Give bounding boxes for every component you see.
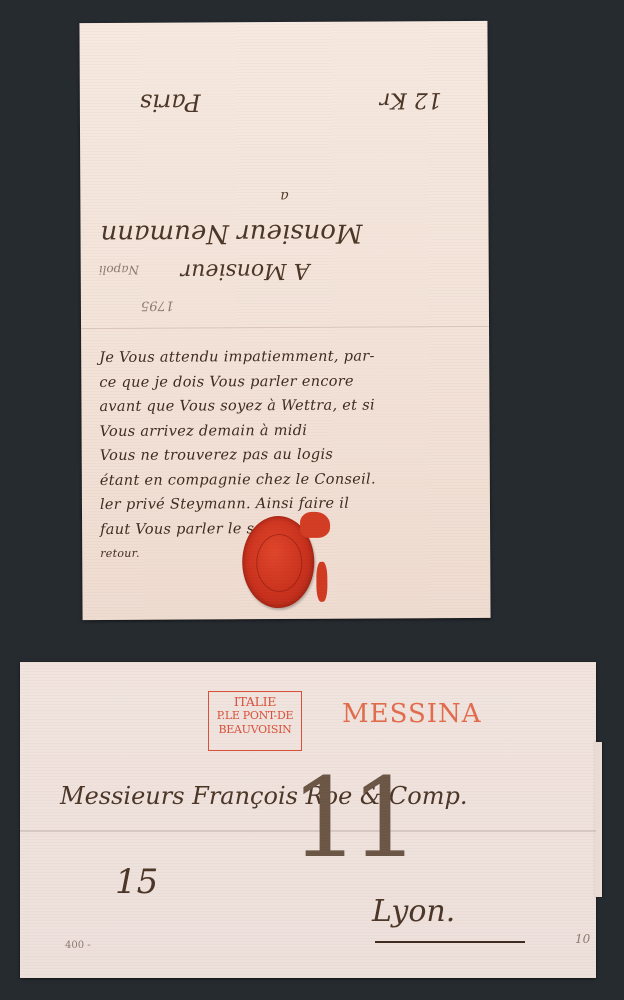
postmark-line: P.LE PONT-DE — [209, 709, 301, 723]
fold-line — [81, 326, 489, 329]
town-postmark: MESSINA — [342, 699, 482, 729]
year-note: 1795 — [141, 298, 174, 313]
postmark-box: ITALIE P.LE PONT-DE BEAUVOISIN — [208, 691, 302, 751]
postmark-line: BEAUVOISIN — [209, 723, 301, 737]
address-city: Lyon. — [372, 894, 455, 929]
body-line: ce que je dois Vous parler encore — [99, 368, 479, 394]
letter-sheet-bottom: ITALIE P.LE PONT-DE BEAUVOISIN MESSINA M… — [20, 662, 596, 978]
tax-mark: 15 — [115, 862, 158, 902]
postmark-line: ITALIE — [209, 695, 301, 709]
rate-mark: 12 Kr — [380, 87, 442, 112]
address-a: a — [280, 188, 288, 204]
wax-seal-tab — [300, 512, 330, 538]
origin-text: Paris — [140, 88, 201, 116]
city-underline — [375, 941, 525, 943]
postage-mark: 11 — [290, 754, 410, 882]
body-line: ler privé Steymann. Ainsi faire il — [100, 491, 480, 517]
pencil-note: 400 - — [65, 940, 91, 951]
annotation-napoli: Napoli — [99, 263, 139, 277]
body-line: avant que Vous soyez à Wettra, et si — [99, 393, 479, 419]
body-line: Vous ne trouverez pas au logis — [100, 442, 480, 468]
wax-seal-drip — [316, 562, 327, 602]
margin-note: 10 — [575, 932, 590, 946]
body-line: étant en compagnie chez le Conseil. — [100, 466, 480, 492]
recipient-line2: Monsieur Neumann — [100, 218, 362, 249]
recipient-line1: A Monsieur — [181, 258, 310, 284]
folded-flap — [594, 742, 602, 897]
body-line: Je Vous attendu impatiemment, par- — [99, 344, 479, 370]
body-line: Vous arrivez demain à midi — [100, 417, 480, 443]
letter-sheet-top: 12 Kr Paris a Monsieur Neumann A Monsieu… — [79, 21, 490, 620]
